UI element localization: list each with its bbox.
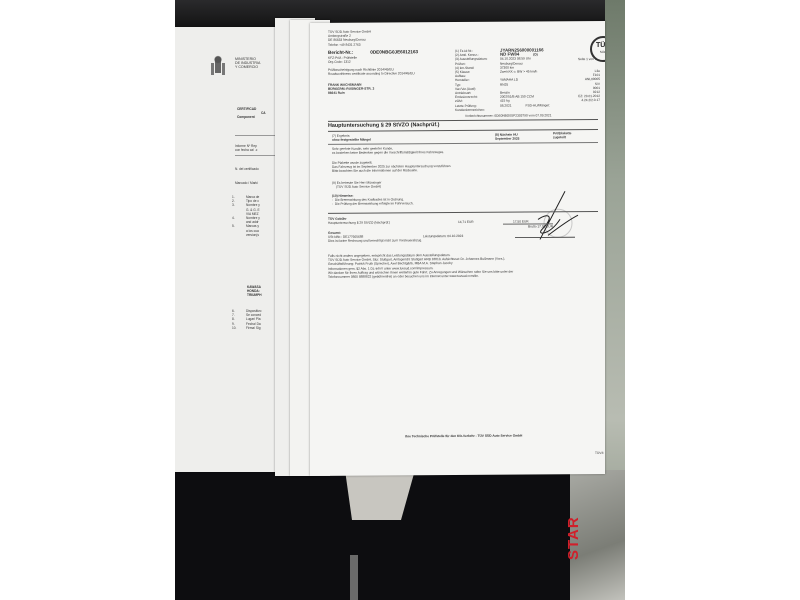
- inspection-heading: Hauptuntersuchung § 29 StVZO (Nachprüf.): [328, 123, 439, 129]
- vehicle-field: Kundenkennzeichen:: [455, 107, 595, 112]
- background-strap: [350, 555, 358, 600]
- vehicle-fields: (1) Fz-Id-Nr.:JYARN256000001166(2) Amtl.…: [455, 48, 595, 112]
- legal-text: Falls nicht anders angegeben, entspricht…: [328, 253, 513, 280]
- sticker-info-text: Die Plakette wurde zugeteilt. Das Fahrze…: [332, 160, 451, 173]
- brand-list: KAWASA HONDA: TRIUMPH: [247, 285, 262, 298]
- result-block: (7) Ergebnis: ohne festgestellte Mängel: [332, 134, 371, 143]
- report-info: Informe Nº Rep con fecha ca/ .c: [235, 144, 257, 152]
- greeting-text: Sehr geehrte Kundin, sehr geehrter Kunde…: [332, 146, 444, 155]
- certificate-number: N. del certificado: [235, 167, 259, 171]
- customer-address: FRANK WACHSMANN BÜRGERM.-RUSINGER-STR. 3…: [328, 83, 374, 96]
- numbered-list: 1.Marca de2.Tipo de c3.Nombre yG. & G. E…: [232, 195, 260, 237]
- report-number: Bericht-Nr.: 0DE0NBG0JE6012163: [328, 49, 418, 55]
- marking: Marcado / Marki: [235, 181, 258, 185]
- previous-report: Vorberichtsnummer: 0DE0NBG0SP2303790 vom…: [465, 113, 551, 118]
- tuv-report-sheet: TÜV SÜD Auto Service GmbH Ambergstraße 2…: [310, 21, 605, 476]
- next-hu-block: (8) Nächste HU September 2025: [495, 133, 519, 142]
- list-item: version(s: [232, 233, 260, 237]
- station-info: KFZ-Prüf.: Prüfstelle Org.Code: 1312: [328, 56, 357, 65]
- certificate-title: CERTIFICAD CA Component: [237, 107, 266, 120]
- notes-block: (10) Hinweise: - Die Bremswirkung des Kr…: [332, 193, 414, 206]
- sticker-block: Prüfplakette zugeteilt: [553, 131, 571, 140]
- coat-of-arms-icon: [207, 53, 229, 75]
- ministry-name: MINISTERIO DE INDUSTRIA Y COMERCIO: [235, 57, 260, 70]
- list-item: 10.Firma/ Sig: [232, 326, 261, 330]
- numbered-list-2: 6.Dispositivo7.Se conced8.Lugar/ Pla9.Fe…: [232, 309, 261, 330]
- footer-mark: TÜV®: [595, 451, 604, 455]
- inspector-info: (9) Es betreute Sie Herr Münsinger (TÜV …: [332, 181, 381, 190]
- photo: STAR MINISTERIO DE INDUSTRIA Y COMERCIO …: [175, 0, 625, 600]
- fee-block: TÜV Gebühr Hauptuntersuchung § 29 StVZO …: [328, 215, 588, 243]
- sender-address: TÜV SÜD Auto Service GmbH Ambergstraße 2…: [328, 30, 371, 47]
- background-floor-patch: [345, 470, 415, 520]
- jacket-logo-text: STAR: [565, 516, 582, 560]
- footer-text: Ihre Technische Prüfstelle für den Kfz-V…: [405, 434, 522, 439]
- directive-text: Prüfbescheinigung nach Richtlinie 2014/4…: [328, 67, 415, 76]
